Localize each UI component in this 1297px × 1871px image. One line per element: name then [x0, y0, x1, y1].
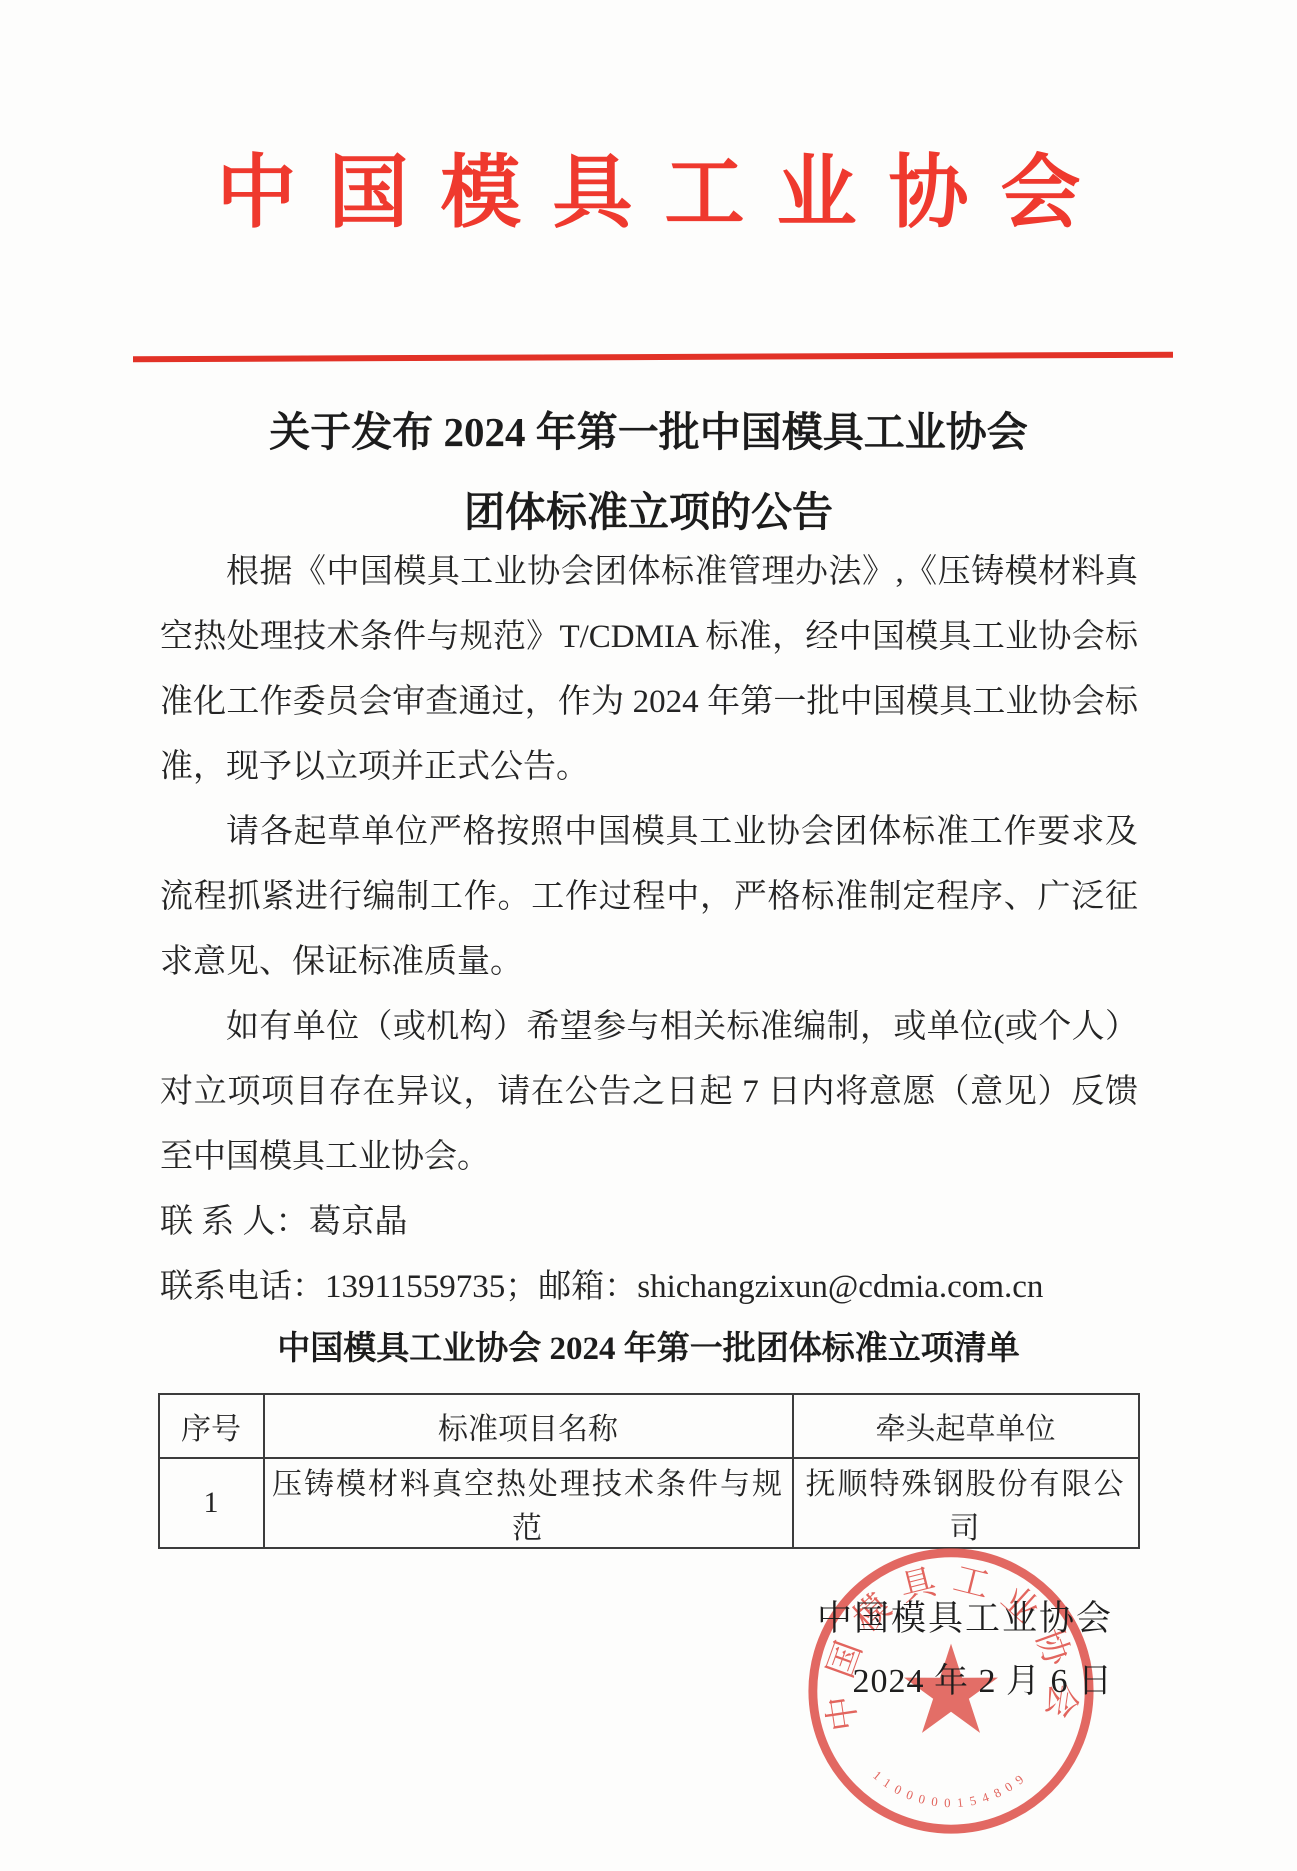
- standards-table: 序号 标准项目名称 牵头起草单位 1 压铸模材料真空热处理技术条件与规范 抚顺特…: [158, 1393, 1140, 1549]
- letterhead-divider-rule: [133, 352, 1173, 363]
- document-title-line1: 关于发布 2024 年第一批中国模具工业协会: [0, 392, 1297, 472]
- document-title: 关于发布 2024 年第一批中国模具工业协会 团体标准立项的公告: [0, 392, 1297, 552]
- signature-date: 2024 年 2 月 6 日: [817, 1661, 1113, 1703]
- header-cell-index: 序号: [159, 1394, 264, 1458]
- contact-phone-line: 联系电话：13911559735；邮箱：shichangzixun@cdmia.…: [160, 1255, 1138, 1320]
- header-cell-drafter: 牵头起草单位: [793, 1394, 1139, 1458]
- paragraph-basis: 根据《中国模具工业协会团体标准管理办法》,《压铸模材料真空热处理技术条件与规范》…: [160, 540, 1138, 800]
- signature-org: 中国模具工业协会: [817, 1598, 1113, 1640]
- letterhead-org-name: 中国模具工业协会: [0, 128, 1297, 243]
- cell-drafter: 抚顺特殊钢股份有限公司: [793, 1458, 1139, 1548]
- body-text: 根据《中国模具工业协会团体标准管理办法》,《压铸模材料真空热处理技术条件与规范》…: [160, 540, 1138, 1320]
- table-title: 中国模具工业协会 2024 年第一批团体标准立项清单: [0, 1322, 1297, 1369]
- cell-project: 压铸模材料真空热处理技术条件与规范: [264, 1458, 793, 1548]
- header-cell-project: 标准项目名称: [264, 1394, 793, 1458]
- seal-serial-number: 1100000154809: [870, 1768, 1032, 1810]
- signature-block: 中国模具工业协会 2024 年 2 月 6 日: [817, 1598, 1113, 1703]
- paragraph-feedback: 如有单位（或机构）希望参与相关标准编制，或单位(或个人）对立项项目存在异议，请在…: [160, 995, 1138, 1190]
- standards-table-section: 中国模具工业协会 2024 年第一批团体标准立项清单 序号 标准项目名称 牵头起…: [0, 1322, 1297, 1549]
- cell-index: 1: [159, 1458, 264, 1548]
- table-header-row: 序号 标准项目名称 牵头起草单位: [159, 1394, 1139, 1458]
- table-row: 1 压铸模材料真空热处理技术条件与规范 抚顺特殊钢股份有限公司: [159, 1458, 1139, 1548]
- contact-person-line: 联 系 人：葛京晶: [160, 1190, 1138, 1255]
- paragraph-requirements: 请各起草单位严格按照中国模具工业协会团体标准工作要求及流程抓紧进行编制工作。工作…: [160, 800, 1138, 995]
- document-page: 中国模具工业协会 关于发布 2024 年第一批中国模具工业协会 团体标准立项的公…: [0, 0, 1297, 1871]
